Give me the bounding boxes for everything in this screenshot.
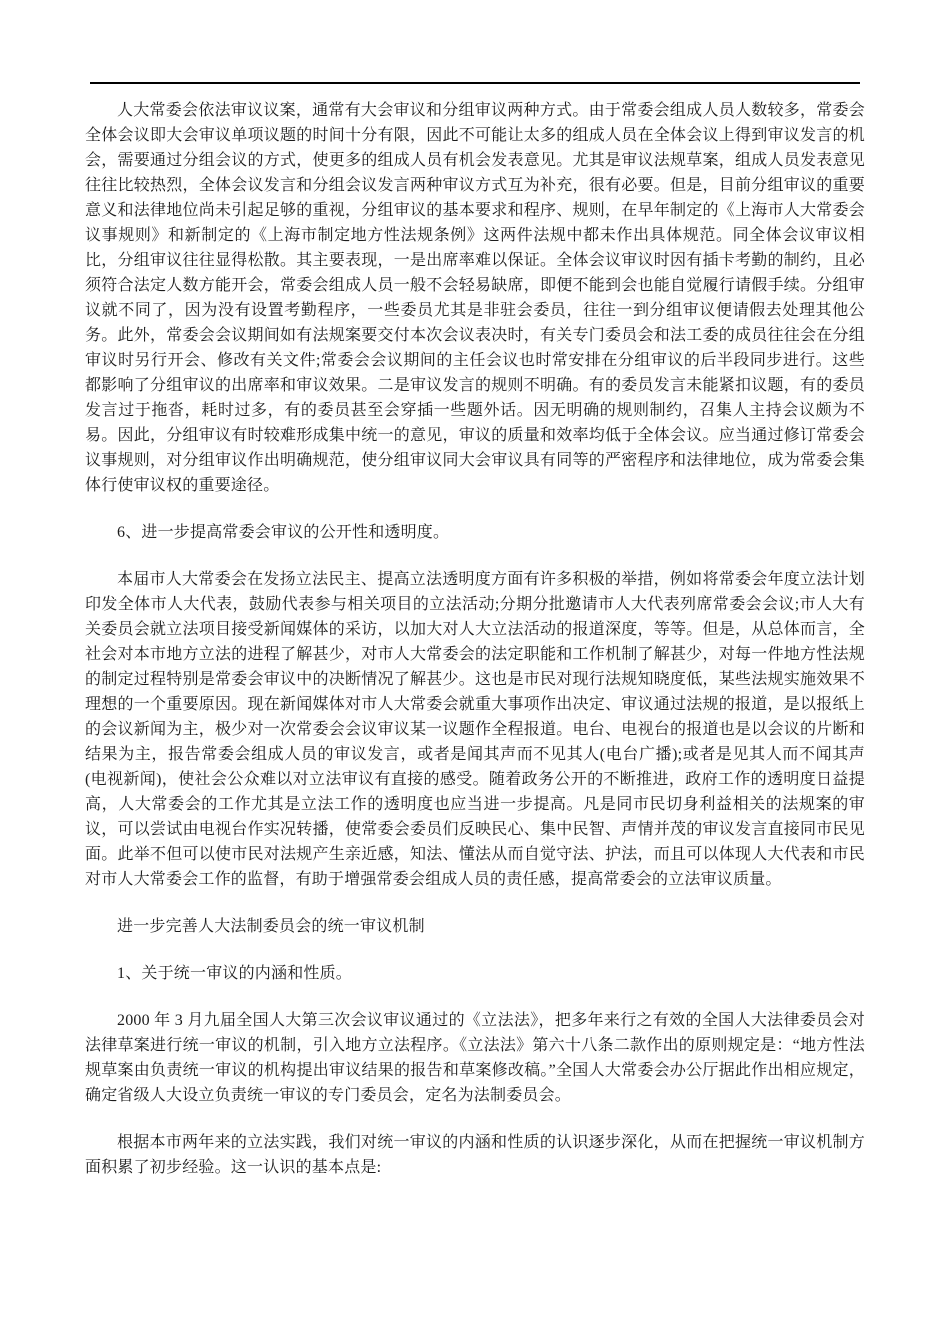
paragraph-group-review: 人大常委会依法审议议案，通常有大会审议和分组审议两种方式。由于常委会组成人员人数… <box>85 98 865 498</box>
paragraph-transparency: 本届市人大常委会在发扬立法民主、提高立法透明度方面有许多积极的举措，例如将常委会… <box>85 567 865 892</box>
section-heading-transparency: 6、进一步提高常委会审议的公开性和透明度。 <box>85 520 865 545</box>
section-heading-unified-review: 进一步完善人大法制委员会的统一审议机制 <box>85 914 865 939</box>
text-column: 人大常委会依法审议议案，通常有大会审议和分组审议两种方式。由于常委会组成人员人数… <box>85 98 865 1202</box>
top-divider-rule <box>90 82 860 84</box>
paragraph-practice-experience: 根据本市两年来的立法实践，我们对统一审议的内涵和性质的认识逐步深化，从而在把握统… <box>85 1130 865 1180</box>
document-page: 人大常委会依法审议议案，通常有大会审议和分组审议两种方式。由于常委会组成人员人数… <box>0 0 950 1344</box>
paragraph-legislation-law: 2000 年 3 月九届全国人大第三次会议审议通过的《立法法》，把多年来行之有效… <box>85 1008 865 1108</box>
section-heading-connotation: 1、关于统一审议的内涵和性质。 <box>85 961 865 986</box>
